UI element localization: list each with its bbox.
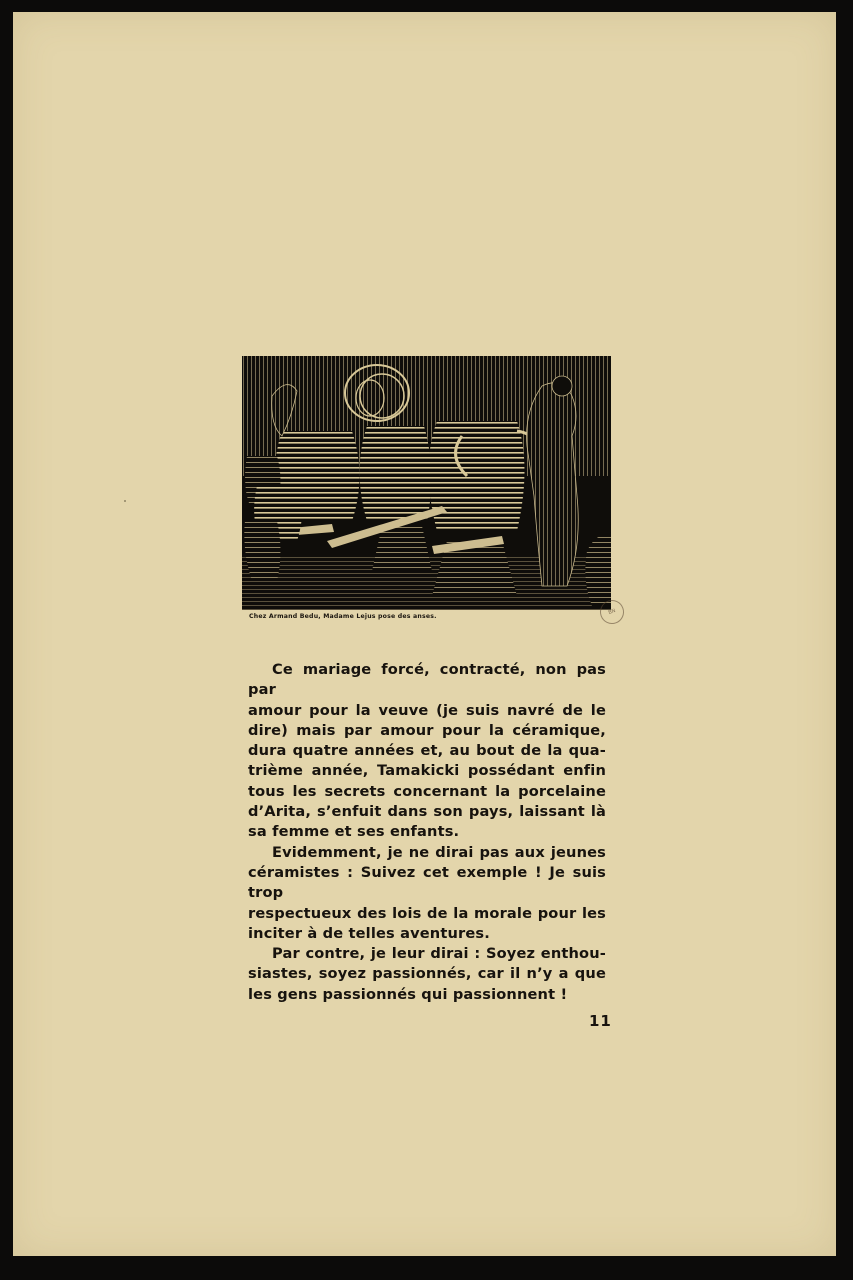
text-line: amour pour la veuve (je suis navré de le xyxy=(248,701,606,721)
paragraph-3: Par contre, je leur dirai : Soyez enthou… xyxy=(248,944,606,1005)
paragraph-1: Ce mariage forcé, contracté, non pas par… xyxy=(248,660,606,843)
text-line: sa femme et ses enfants. xyxy=(248,822,606,842)
text-line: inciter à de telles aventures. xyxy=(248,924,606,944)
text-line: les gens passionnés qui passionnent ! xyxy=(248,985,606,1005)
paper-page xyxy=(13,12,836,1256)
text-line: céramistes : Suivez cet exemple ! Je sui… xyxy=(248,863,606,904)
text-line: Ce mariage forcé, contracté, non pas par xyxy=(248,660,606,701)
paper-speck xyxy=(124,500,126,502)
text-line: Evidemment, je ne dirai pas aux jeunes xyxy=(248,843,606,863)
page-number: 11 xyxy=(589,1012,612,1030)
woodcut-illustration xyxy=(242,356,611,610)
text-line: tous les secrets concernant la porcelain… xyxy=(248,782,606,802)
body-text: Ce mariage forcé, contracté, non pas par… xyxy=(248,660,606,1005)
text-line: dura quatre années et, au bout de la qua… xyxy=(248,741,606,761)
text-line: Par contre, je leur dirai : Soyez enthou… xyxy=(248,944,606,964)
text-line: respectueux des lois de la morale pour l… xyxy=(248,904,606,924)
text-line: dire) mais par amour pour la céramique, xyxy=(248,721,606,741)
pottery-workshop-image xyxy=(242,356,611,610)
text-line: d’Arita, s’enfuit dans son pays, laissan… xyxy=(248,802,606,822)
text-line: trième année, Tamakicki possédant enfin xyxy=(248,761,606,781)
text-line: siastes, soyez passionnés, car il n’y a … xyxy=(248,964,606,984)
illustration-caption: Chez Armand Bedu, Madame Lejus pose des … xyxy=(249,613,437,620)
paragraph-2: Evidemment, je ne dirai pas aux jeunes c… xyxy=(248,843,606,944)
